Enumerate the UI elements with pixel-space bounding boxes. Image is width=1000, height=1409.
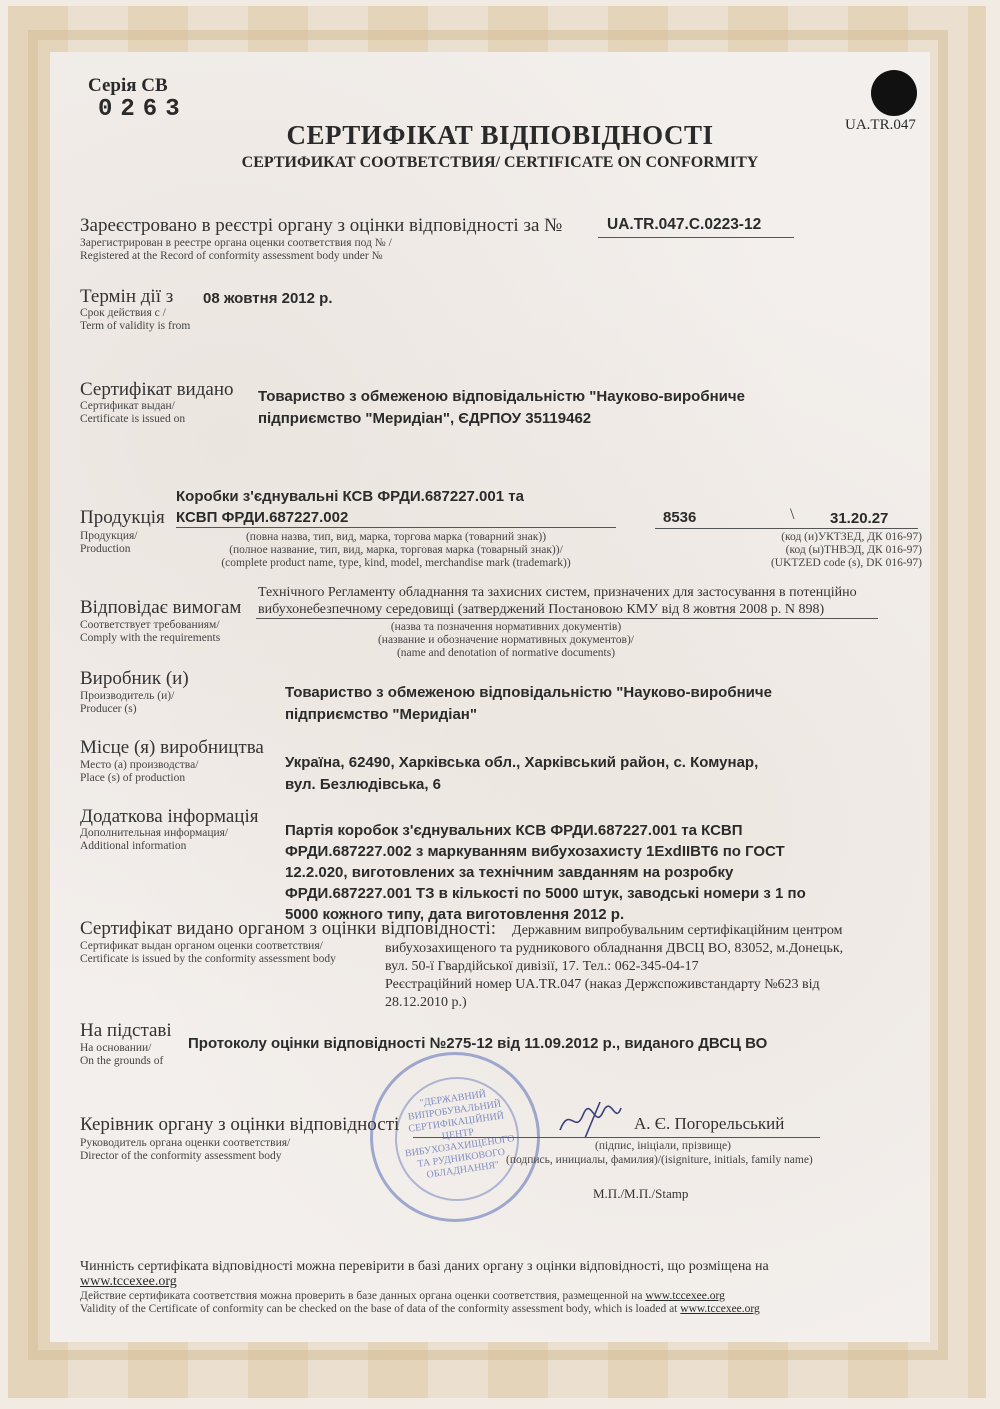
additional-line: 12.2.020, виготовлених за технічним завд… bbox=[285, 862, 733, 884]
producer-label-en: Producer (s) bbox=[80, 703, 137, 716]
production-label-en: Production bbox=[80, 543, 130, 556]
uktzed-code: 8536 bbox=[663, 507, 696, 529]
place-line1: Україна, 62490, Харківська обл., Харківс… bbox=[285, 752, 758, 774]
footer-line-ru: Действие сертификата соответствия можна … bbox=[80, 1290, 725, 1303]
director-label-en: Director of the conformity assessment bo… bbox=[80, 1150, 282, 1163]
production-label-ru: Продукция/ bbox=[80, 530, 137, 543]
additional-label-uk: Додаткова інформація bbox=[80, 806, 258, 828]
code-separator: \ bbox=[790, 506, 794, 523]
grounds-protocol: Протоколу оцінки відповідності №275-12 в… bbox=[188, 1033, 767, 1055]
production-label-uk: Продукція bbox=[80, 507, 165, 529]
underline bbox=[598, 237, 794, 238]
director-label-uk: Керівник органу з оцінки відповідності bbox=[80, 1114, 399, 1136]
place-label-en: Place (s) of production bbox=[80, 772, 185, 785]
dk-code: 31.20.27 bbox=[830, 508, 888, 530]
producer-label-ru: Производитель (и)/ bbox=[80, 690, 174, 703]
grounds-label-uk: На підставі bbox=[80, 1020, 172, 1042]
page-subtitle: СЕРТИФИКАТ СООТВЕТСТВИЯ/ CERTIFICATE ON … bbox=[0, 154, 1000, 172]
place-line2: вул. Безлюдівська, 6 bbox=[285, 774, 441, 796]
product-line2: КСВП ФРДИ.687227.002 bbox=[176, 507, 348, 529]
issuing-body-line: Реєстраційний номер UA.TR.047 (наказ Дер… bbox=[385, 976, 820, 993]
signature-icon bbox=[555, 1100, 625, 1140]
issued-to-label-ru: Сертификат выдан/ bbox=[80, 400, 175, 413]
registered-label-en: Registered at the Record of conformity a… bbox=[80, 250, 383, 263]
issuing-body-label-en: Certificate is issued by the conformity … bbox=[80, 953, 336, 966]
underline bbox=[256, 618, 878, 619]
requirements-hint-uk: (назва та позначення нормативних докумен… bbox=[256, 621, 756, 634]
validity-label-ru: Срок действия с / bbox=[80, 307, 166, 320]
issuing-body-label-ru: Сертификат выдан органом оценки соответс… bbox=[80, 940, 323, 953]
issuing-body-line: вибухозахищеного та рудникового обладнан… bbox=[385, 940, 843, 957]
stamp-text: "ДЕРЖАВНИЙ ВИПРОБУВАЛЬНИЙ СЕРТИФІКАЦІЙНИ… bbox=[398, 1086, 519, 1184]
issued-to-line1: Товариство з обмеженою відповідальністю … bbox=[258, 386, 745, 408]
additional-line: ФРДИ.687227.001 ТЗ в кількості по 5000 ш… bbox=[285, 883, 806, 905]
additional-line: Партія коробок з'єднувальних КСВ ФРДИ.68… bbox=[285, 820, 743, 842]
series-label: Серія СВ bbox=[88, 75, 168, 97]
code-hint-uk: (код (и)УКТЗЕД, ДК 016-97) bbox=[781, 531, 922, 544]
verify-link-ru[interactable]: www.tccexee.org bbox=[645, 1290, 725, 1302]
signature-hint-uk: (підпис, ініціали, прізвище) bbox=[595, 1140, 731, 1153]
footer-line-uk: Чинність сертифіката відповідності можна… bbox=[80, 1258, 769, 1275]
grounds-label-ru: На основании/ bbox=[80, 1042, 151, 1055]
producer-label-uk: Виробник (и) bbox=[80, 668, 189, 690]
code-hint-ru: (код (ы)ТНВЭД, ДК 016-97) bbox=[786, 544, 922, 557]
footer-text-ru: Действие сертификата соответствия можна … bbox=[80, 1290, 642, 1302]
footer-text-en: Validity of the Certificate of conformit… bbox=[80, 1303, 677, 1315]
issuing-body-line: вул. 50-ї Гвардійської дивізії, 17. Тел.… bbox=[385, 958, 699, 975]
issued-to-line2: підприємство "Меридіан", ЄДРПОУ 35119462 bbox=[258, 408, 591, 430]
director-label-ru: Руководитель органа оценки соответствия/ bbox=[80, 1137, 290, 1150]
signature-hint-ru-en: (подпись, инициалы, фамилия)/(isigniture… bbox=[506, 1154, 813, 1167]
additional-label-en: Additional information bbox=[80, 840, 186, 853]
product-line1: Коробки з'єднувальні КСВ ФРДИ.687227.001… bbox=[176, 486, 524, 508]
requirements-hint-en: (name and denotation of normative docume… bbox=[256, 647, 756, 660]
product-hint-ru: (полное название, тип, вид, марка, торго… bbox=[176, 544, 616, 557]
place-label-ru: Место (а) производства/ bbox=[80, 759, 198, 772]
registered-label-uk: Зареєстровано в реєстрі органу з оцінки … bbox=[80, 215, 562, 237]
registered-label-ru: Зарегистрирован в реестре органа оценки … bbox=[80, 237, 392, 250]
issued-to-label-en: Certificate is issued on bbox=[80, 413, 185, 426]
footer-line-en: Validity of the Certificate of conformit… bbox=[80, 1303, 760, 1316]
code-hint-en: (UKTZED code (s), DK 016-97) bbox=[771, 557, 922, 570]
issuing-body-line: 28.12.2010 р.) bbox=[385, 994, 467, 1011]
underline bbox=[176, 527, 616, 528]
additional-line: ФРДИ.687227.002 з маркуванням вибухозахи… bbox=[285, 841, 785, 863]
issuing-body-label-uk: Сертифікат видано органом з оцінки відпо… bbox=[80, 918, 496, 940]
product-hint-uk: (повна назва, тип, вид, марка, торгова м… bbox=[176, 531, 616, 544]
hologram-emblem-icon bbox=[871, 70, 917, 116]
validity-date: 08 жовтня 2012 р. bbox=[203, 288, 333, 310]
requirements-line2: вибухонебезпечному середовищі (затвердже… bbox=[258, 601, 824, 618]
product-hint-en: (complete product name, type, kind, mode… bbox=[176, 557, 616, 570]
issued-to-label-uk: Сертифікат видано bbox=[80, 379, 234, 401]
requirements-label-uk: Відповідає вимогам bbox=[80, 597, 241, 619]
validity-label-uk: Термін дії з bbox=[80, 286, 173, 308]
producer-line1: Товариство з обмеженою відповідальністю … bbox=[285, 682, 772, 704]
stamp-label: М.П./М.П./Stamp bbox=[593, 1185, 688, 1202]
grounds-label-en: On the grounds of bbox=[80, 1055, 163, 1068]
director-name: А. Є. Погорельський bbox=[634, 1115, 784, 1132]
underline bbox=[655, 528, 918, 529]
series-number: 0263 bbox=[98, 96, 188, 123]
registered-number: UA.TR.047.C.0223-12 bbox=[607, 214, 761, 236]
place-label-uk: Місце (я) виробництва bbox=[80, 737, 264, 759]
requirements-hint-ru: (название и обозначение нормативных доку… bbox=[256, 634, 756, 647]
producer-line2: підприємство "Меридіан" bbox=[285, 704, 477, 726]
signature-line bbox=[413, 1137, 820, 1138]
verify-link-en[interactable]: www.tccexee.org bbox=[680, 1303, 760, 1315]
requirements-line1: Технічного Регламенту обладнання та захи… bbox=[258, 584, 857, 601]
additional-label-ru: Дополнительная информация/ bbox=[80, 827, 228, 840]
validity-label-en: Term of validity is from bbox=[80, 320, 190, 333]
page-title: СЕРТИФІКАТ ВІДПОВІДНОСТІ bbox=[0, 120, 1000, 151]
verify-link-uk[interactable]: www.tccexee.org bbox=[80, 1273, 177, 1290]
requirements-label-en: Comply with the requirements bbox=[80, 632, 220, 645]
requirements-label-ru: Соответствует требованиям/ bbox=[80, 619, 220, 632]
issuing-body-line: Державним випробувальним сертифікаційним… bbox=[512, 922, 843, 939]
